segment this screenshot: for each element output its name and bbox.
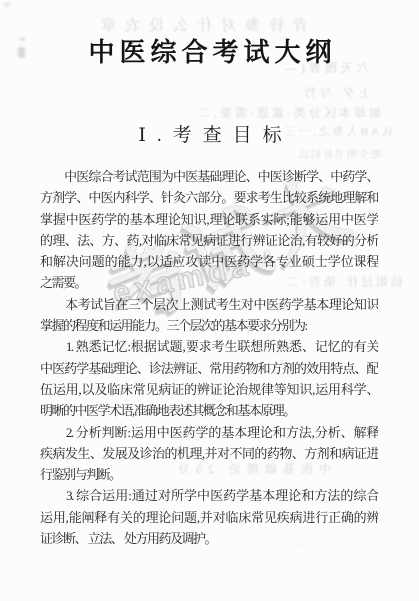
body-line: 2. 分析判断:运用中医药学的基本理论和方法,分析、解释 xyxy=(40,422,378,443)
page-title: 中医综合考试大纲 xyxy=(0,36,419,68)
section-heading: Ⅰ.考查目标 xyxy=(0,123,419,149)
scanned-book-page: 青铃参对什么设农章六天图智(—上夕 与竹如却本区分类·霍恩·需要,二认AB人参之… xyxy=(0,0,419,601)
body-line: 本考试旨在三个层次上测试考生对中医药学基本理论知识 xyxy=(40,294,378,315)
body-line: 和解决问题的能力,以适应攻读中医药学各专业硕士学位课程 xyxy=(40,251,378,272)
body-line: 伍运用,以及临床常见病证的辨证论治规律等知识,运用科学、 xyxy=(40,379,378,400)
body-line: 掌握中医药学的基本理论知识,理论联系实际;能够运用中医学 xyxy=(40,209,378,230)
body-line: 中医药学基础理论、诊法辨证、常用药物和方剂的效用特点、配 xyxy=(40,358,378,379)
body-line: 行鉴别与判断。 xyxy=(40,464,378,485)
body-line: 的理、法、方、药,对临床常见病证进行辨证论治,有较好的分析 xyxy=(40,230,378,251)
body-line: 疾病发生、发展及诊治的机理,并对不同的药物、方剂和病证进 xyxy=(40,443,378,464)
page-content: 中医综合考试大纲 Ⅰ.考查目标 中医综合考试范围为中医基础理论、中医诊断学、中药… xyxy=(0,0,419,601)
body-line: 运用,能阐释有关的理论问题,并对临床常见疾病进行正确的辨 xyxy=(40,507,378,528)
body-line: 中医综合考试范围为中医基础理论、中医诊断学、中药学、 xyxy=(40,166,378,187)
body-line: 掌握的程度和运用能力。三个层次的基本要求分别为: xyxy=(40,315,378,336)
body-text: 中医综合考试范围为中医基础理论、中医诊断学、中药学、方剂学、中医内科学、针灸六部… xyxy=(40,166,378,549)
body-line: 方剂学、中医内科学、针灸六部分。要求考生比较系统地理解和 xyxy=(40,187,378,208)
body-line: 证诊断、 立法、 处方用药及调护。 xyxy=(40,528,378,549)
body-line: 3. 综合运用:通过对所学中医药学基本理论和方法的综合 xyxy=(40,485,378,506)
body-line: 1. 熟悉记忆:根据试题,要求考生联想所熟悉、记忆的有关 xyxy=(40,336,378,357)
body-line: 明晰的中医学术语,准确地表述其概念和基本原理。 xyxy=(40,400,378,421)
body-line: 之需要。 xyxy=(40,272,378,293)
